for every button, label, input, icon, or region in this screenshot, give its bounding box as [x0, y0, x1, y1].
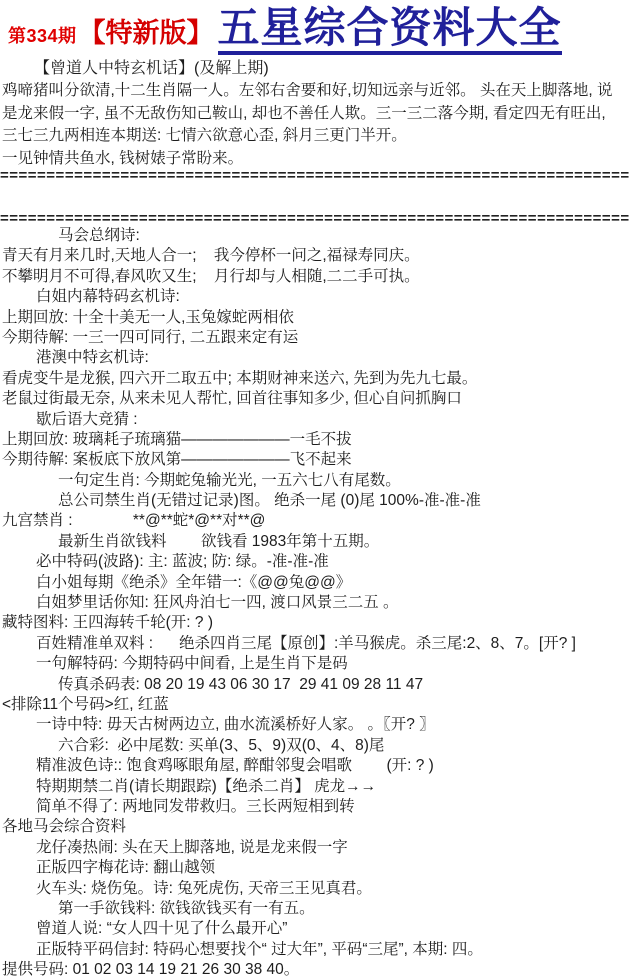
text-line: 第一手欲钱料: 欲钱欲钱买有一有五。 [0, 899, 629, 919]
result-banner: 上期开奖结果: 43-31-36-11-37-27+06 [0, 183, 629, 213]
text-line: 传真杀码表: 08 20 19 43 06 30 17 29 41 09 28 … [0, 675, 629, 695]
text-line: 三七三九两相连本期送: 七情六欲意心歪, 斜月三更门半开。 [0, 125, 629, 148]
text-line: 一诗中特: 毋天古树两边立, 曲水流溪桥好人家。 。〖开? 〗 [0, 715, 629, 735]
main-content: 马会总纲诗:青天有月来几时,天地人合一; 我今停杯一问之,福禄寿同庆。不攀明月不… [0, 226, 629, 980]
masthead: 第334期 【特新版】 五星综合资料大全 [0, 0, 629, 56]
text-line: 龙仔凑热闹: 头在天上脚落地, 说是龙来假一字 [0, 838, 629, 858]
text-line: 马会总纲诗: [0, 226, 629, 246]
text-line: 一句定生肖: 今期蛇兔输光光, 一五六七八有尾数。 [0, 471, 629, 491]
text-line: 白姐梦里话你知: 狂风舟泊七一四, 渡口风景三二五 。 [0, 593, 629, 613]
lottery-info-sheet: 第334期 【特新版】 五星综合资料大全 【曾道人中特玄机话】(及解上期) 鸡啼… [0, 0, 629, 980]
text-line: 一句解特码: 今期特码中间看, 上是生肖下是码 [0, 654, 629, 674]
text-line: 六合彩: 必中尾数: 买单(3、5、9)双(0、4、8)尾 [0, 736, 629, 756]
text-line: 白姐内幕特码玄机诗: [0, 287, 629, 307]
text-line: 总公司禁生肖(无错过记录)图。 绝杀一尾 (0)尾 100%-准-准-准 [0, 491, 629, 511]
text-line: 是龙来假一字, 虽不无敌伤知己鞍山, 却也不善任人欺。三一三二落今期, 看定四无… [0, 103, 629, 126]
intro-section: 【曾道人中特玄机话】(及解上期) 鸡啼猪叫分欲清,十二生肖隔一人。左邻右舍要和好… [0, 58, 629, 170]
text-line: 青天有月来几时,天地人合一; 我今停杯一问之,福禄寿同庆。 [0, 246, 629, 266]
page-title: 五星综合资料大全 [218, 6, 562, 55]
text-line: 各地马会综合资料 [0, 817, 629, 837]
text-line: 最新生肖欲钱料 欲钱看 1983年第十五期。 [0, 532, 629, 552]
text-line: 看虎变牛是龙猴, 四六开二取五中; 本期财神来送六, 先到为先九七最。 [0, 369, 629, 389]
text-line: 简单不得了: 两地同发带救归。三长两短相到转 [0, 797, 629, 817]
text-line: 鸡啼猪叫分欲清,十二生肖隔一人。左邻右舍要和好,切知远亲与近邻。 头在天上脚落地… [0, 80, 629, 103]
text-line: 不攀明月不可得,春风吹又生; 月行却与人相随,二二手可执。 [0, 267, 629, 287]
text-line: 歇后语大竞猜 : [0, 410, 629, 430]
text-line: 上期回放: 玻璃耗子琉璃猫———————一毛不拔 [0, 430, 629, 450]
text-line: 今期待解: 一三一四可同行, 二五跟来定有运 [0, 328, 629, 348]
text-line: 火车头: 烧伤兔。诗: 兔死虎伤, 天帝三王见真君。 [0, 879, 629, 899]
text-line: 白小姐每期《绝杀》全年错一:《@@兔@@》 [0, 573, 629, 593]
text-line: 精准波色诗:: 饱食鸡啄眼角屋, 醉酣邻叟会唱歌 (开: ? ) [0, 756, 629, 776]
divider-bottom: ========================================… [0, 213, 629, 226]
text-line: 百姓精准单双料 : 绝杀四肖三尾【原创】:羊马猴虎。杀三尾:2、8、7。[开? … [0, 634, 629, 654]
intro-lines: 鸡啼猪叫分欲清,十二生肖隔一人。左邻右舍要和好,切知远亲与近邻。 头在天上脚落地… [0, 80, 629, 170]
text-line: <排除11个号码>红, 红蓝 [0, 695, 629, 715]
text-line: 九宫禁肖 : **@**蛇*@**对**@ [0, 511, 629, 531]
text-line: 提供号码: 01 02 03 14 19 21 26 30 38 40。 [0, 960, 629, 980]
issue-number: 第334期 [8, 22, 77, 48]
text-line: 正版特平码信封: 特码心想要找个“ 过大年”, 平码“三尾”, 本期: 四。 [0, 940, 629, 960]
text-line: 特期期禁二肖(请长期跟踪)【绝杀二肖】 虎龙→→ [0, 777, 629, 797]
text-line: 今期待解: 案板底下放风第———————飞不起来 [0, 450, 629, 470]
text-line: 一见钟情共鱼水, 钱树婊子常盼来。 [0, 148, 629, 171]
text-line: 老鼠过街最无奈, 从来未见人帮忙, 回首往事知多少, 但心自问抓胸口 [0, 389, 629, 409]
text-line: 上期回放: 十全十美无一人,玉兔嫁蛇两相依 [0, 308, 629, 328]
divider-top: ========================================… [0, 170, 629, 183]
text-line: 藏特图料: 王四海转千轮(开: ? ) [0, 613, 629, 633]
text-line: 港澳中特玄机诗: [0, 348, 629, 368]
text-line: 必中特码(波路): 主: 蓝波; 防: 绿。-准-准-准 [0, 552, 629, 572]
text-line: 正版四字梅花诗: 翻山越领 [0, 858, 629, 878]
edition-badge: 【特新版】 [79, 11, 214, 50]
text-line: 曾道人说: “女人四十见了什么最开心” [0, 919, 629, 939]
intro-heading: 【曾道人中特玄机话】(及解上期) [0, 58, 629, 80]
